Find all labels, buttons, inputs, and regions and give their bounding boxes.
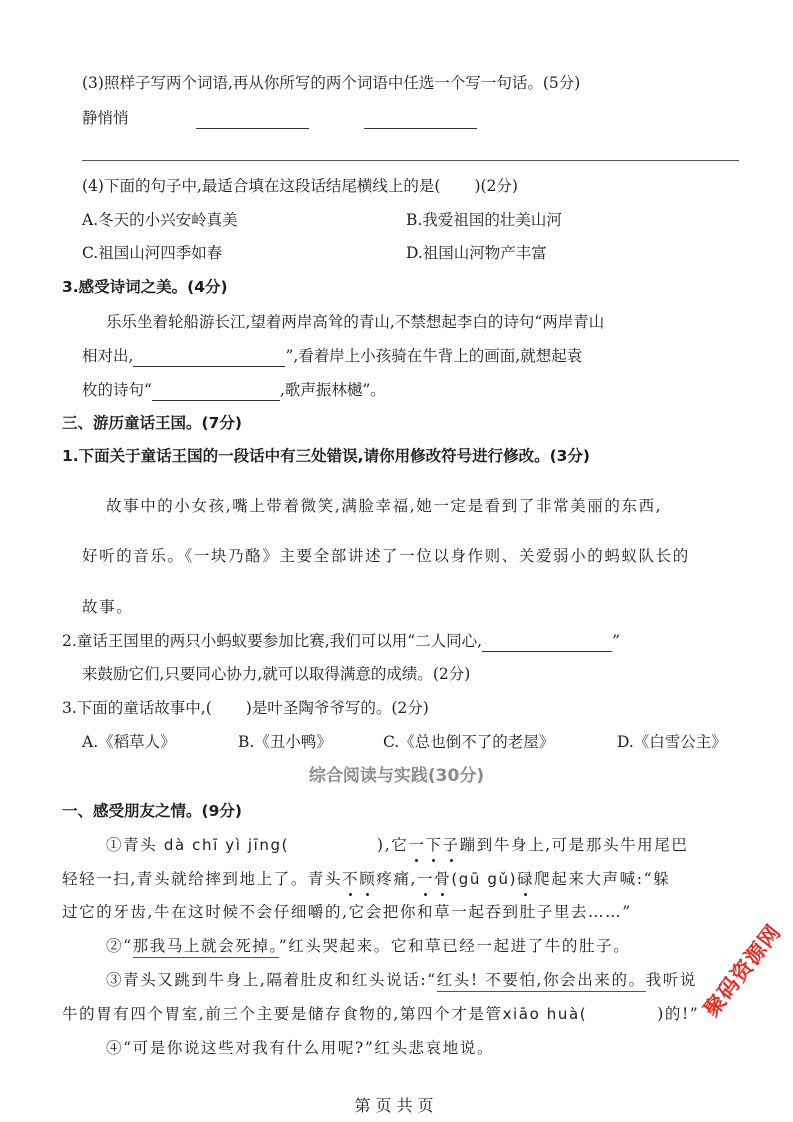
poem-line-2-end: ”,看着岸上小孩骑在牛背上的画面,就想起袁 xyxy=(285,347,582,365)
correction-paragraph-line-2[interactable]: 好听的音乐。《一块乃酪》主要全部讲述了一位以身作则、关爱弱小的蚂蚁队长的 xyxy=(82,545,690,567)
dotted-char: 骨 xyxy=(434,868,451,890)
question-3-prompt: (3)照样子写两个词语,再从你所写的两个词语中任选一个写一句话。(5分) xyxy=(82,72,580,94)
p3l2-text: 牛的胃有四个胃室,前三个主要是储存食物的,第四个才是管 xyxy=(62,1005,503,1023)
p1l2-a: 轻轻一扫,青头就给摔到地上了。青头 xyxy=(62,870,342,888)
fairy-option-a[interactable]: A.《稻草人》 xyxy=(82,731,176,753)
fairy-q2-line-1: 2.童话王国里的两只小蚂蚁要参加比赛,我们可以用“二人同心,” xyxy=(62,630,620,652)
poem-line-3-end: ,歌声振林樾”。 xyxy=(280,381,386,399)
reading-paragraph-2: ②“那我马上就会死掉。”红头哭起来。它和草已经一起进了牛的肚子。 xyxy=(106,935,630,957)
poem-line-3: 枚的诗句“,歌声振林樾”。 xyxy=(82,379,386,401)
poem-line-1: 乐乐坐着轮船游长江,望着两岸高耸的青山,不禁想起李白的诗句“两岸青山 xyxy=(106,311,604,333)
correction-paragraph-line-1[interactable]: 故事中的小女孩,嘴上带着微笑,满脸幸福,她一定是看到了非常美丽的东西, xyxy=(106,495,662,517)
question-4-prompt: (4)下面的句子中,最适合填在这段话结尾横线上的是()(2分) xyxy=(82,175,518,197)
dotted-char: 一 xyxy=(408,834,425,856)
pinyin-prompt-1: dà chī yì jīng( xyxy=(164,836,289,854)
fairy-q3-points: )是叶圣陶爷爷写的。(2分) xyxy=(246,699,429,717)
fairy-q2-quote-close: ” xyxy=(612,632,620,650)
fairy-q3-text: 3.下面的童话故事中,( xyxy=(62,699,212,717)
watermark-stamp: 聚码资源网 xyxy=(696,917,787,1022)
answer-blank-word-1[interactable] xyxy=(196,111,309,129)
reading-heading: 一、感受朋友之情。(9分) xyxy=(62,800,242,822)
answer-blank-idiom[interactable] xyxy=(482,634,612,652)
poem-question-title: 3.感受诗词之美。(4分) xyxy=(62,276,228,298)
p2-open: ②“ xyxy=(106,937,133,955)
answer-blank-poem-1[interactable] xyxy=(133,349,285,367)
p1l2-b: 疼痛, xyxy=(376,870,417,888)
question-4-text: (4)下面的句子中,最适合填在这段话结尾横线上的是( xyxy=(82,177,440,195)
fairy-q2-line-2: 来鼓励它们,只要同心协力,就可以取得满意的成绩。(2分) xyxy=(82,663,470,685)
dotted-char: 顾 xyxy=(359,868,376,890)
fairy-q1-prompt: 1.下面关于童话王国的一段话中有三处错误,请你用修改符号进行修改。(3分) xyxy=(62,445,590,467)
poem-line-3-start: 枚的诗句“ xyxy=(82,381,152,399)
dotted-char: 子 xyxy=(443,834,460,856)
reading-paragraph-3-line-2: 牛的胃有四个胃室,前三个主要是储存食物的,第四个才是管xiāo huà()的!” xyxy=(62,1003,699,1025)
answer-line-sentence[interactable] xyxy=(82,160,739,161)
option-c[interactable]: C.祖国山河四季如春 xyxy=(82,242,222,264)
poem-line-2-start: 相对出, xyxy=(82,347,133,365)
fairy-q3-prompt: 3.下面的童话故事中,()是叶圣陶爷爷写的。(2分) xyxy=(62,697,429,719)
reading-paragraph-1-line-2: 轻轻一扫,青头就给摔到地上了。青头不顾疼痛,一骨(gū gǔ)碌爬起来大声喊:“… xyxy=(62,868,670,890)
example-word: 静悄悄 xyxy=(82,107,129,129)
reading-section-title: 综合阅读与实践(30分) xyxy=(0,764,793,788)
p2-rest: ”红头哭起来。它和草已经一起进了牛的肚子。 xyxy=(279,937,631,955)
reading-paragraph-1: ①青头 dà chī yì jīng(),它一下子蹦到牛身上,可是那头牛用尾巴 xyxy=(106,834,688,856)
fairy-q1-text: 1.下面关于童话王国的一段话中有三处错误,请你用修改符号进行修改。(3分) xyxy=(62,447,590,465)
fairy-option-d[interactable]: D.《白雪公主》 xyxy=(617,731,727,753)
fairy-q2-text: 2.童话王国里的两只小蚂蚁要参加比赛,我们可以用“二人同心, xyxy=(62,632,482,650)
dotted-char: 碌 xyxy=(517,868,534,890)
fairy-option-b[interactable]: B.《丑小鸭》 xyxy=(238,731,332,753)
correction-paragraph-line-3[interactable]: 故事。 xyxy=(82,596,133,618)
dotted-char: 一 xyxy=(417,868,434,890)
reading-paragraph-3: ③青头又跳到牛身上,隔着肚皮和红头说话:“红头! 不要怕,你会出来的。我听说 xyxy=(106,969,697,991)
p3-rest: 我听说 xyxy=(646,971,697,989)
answer-blank-poem-2[interactable] xyxy=(152,383,280,401)
option-d[interactable]: D.祖国山河物产丰富 xyxy=(406,242,547,264)
reading-paragraph-4: ④“可是你说这些对我有什么用呢?”红头悲哀地说。 xyxy=(106,1037,494,1059)
option-a[interactable]: A.冬天的小兴安岭真美 xyxy=(82,209,238,231)
answer-blank-word-2[interactable] xyxy=(364,111,477,129)
p1-close: ),它 xyxy=(377,836,408,854)
underlined-sentence-2: 红头! 不要怕,你会出来的。 xyxy=(437,971,646,992)
dotted-char: 不 xyxy=(342,868,359,890)
section-heading-fairy-tale: 三、游历童话王国。(7分) xyxy=(62,412,242,434)
underlined-sentence-1: 那我马上就会死掉。 xyxy=(133,937,279,958)
page-footer: 第页共页 xyxy=(0,1093,793,1116)
option-b[interactable]: B.我爱祖国的壮美山河 xyxy=(406,209,562,231)
poem-line-2: 相对出,”,看着岸上小孩骑在牛背上的画面,就想起袁 xyxy=(82,345,582,367)
fairy-option-c[interactable]: C.《总也倒不了的老屋》 xyxy=(383,731,554,753)
p1l2-c: 爬起来大声喊:“躲 xyxy=(534,870,670,888)
p1-start: ①青头 xyxy=(106,836,157,854)
question-4-points: )(2分) xyxy=(474,177,518,195)
p1-rest: 蹦到牛身上,可是那头牛用尾巴 xyxy=(460,836,689,854)
reading-paragraph-1-line-3: 过它的牙齿,牛在这时候不会仔细嚼的,它会把你和草一起吞到肚子里去……” xyxy=(62,901,632,923)
pinyin-choice[interactable]: (gū gǔ) xyxy=(451,870,517,888)
pinyin-prompt-2: xiāo huà( xyxy=(503,1005,588,1023)
p3-start: ③青头又跳到牛身上,隔着肚皮和红头说话:“ xyxy=(106,971,437,989)
p3l2-close: )的!” xyxy=(657,1005,699,1023)
dotted-char: 下 xyxy=(425,834,442,856)
